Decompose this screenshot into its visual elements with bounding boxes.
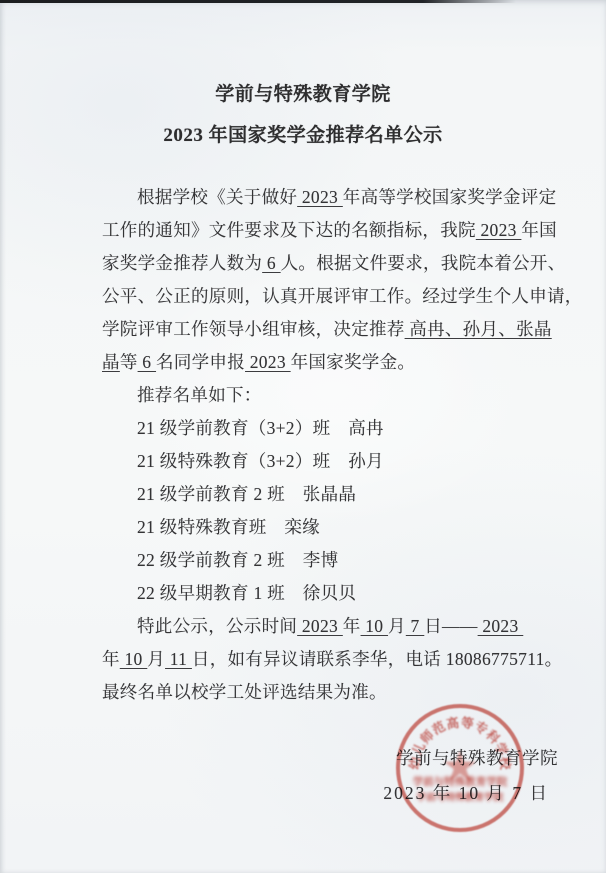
body-line: 家奖学金推荐人数为 6 人。根据文件要求，我院本着公开、 <box>102 247 572 280</box>
body-line: 年 10 月 11 日，如有异议请联系李华，电话 18086775711。 <box>102 643 572 676</box>
body-line: 根据学校《关于做好 2023 年高等学校国家奖学金评定 <box>102 181 572 214</box>
document-header: 学前与特殊教育学院 2023 年国家奖学金推荐名单公示 <box>0 84 606 147</box>
body-line: 公平、公正的原则，认真开展评审工作。经过学生个人申请， <box>102 280 572 313</box>
body-line: 学院评审工作领导小组审核，决定推荐 高冉、孙月、张晶 <box>102 313 572 346</box>
page-title: 学前与特殊教育学院 <box>0 84 606 106</box>
signature-org: 学前与特殊教育学院 <box>396 747 558 769</box>
body-line: 晶等 6 名同学申报 2023 年国家奖学金。 <box>102 346 572 379</box>
page-subtitle: 2023 年国家奖学金推荐名单公示 <box>0 125 606 147</box>
scan-top-edge-artifact <box>0 0 516 3</box>
list-item: 21 级特殊教育（3+2）班 孙月 <box>102 445 572 478</box>
body-line: 工作的通知》文件要求及下达的名额指标，我院 2023 年国 <box>102 214 572 247</box>
document-body: 根据学校《关于做好 2023 年高等学校国家奖学金评定 工作的通知》文件要求及下… <box>102 181 572 709</box>
scanned-document-page: 学前与特殊教育学院 2023 年国家奖学金推荐名单公示 根据学校《关于做好 20… <box>0 0 606 873</box>
body-line: 特此公示，公示时间 2023 年 10 月 7 日—— 2023 <box>102 610 572 643</box>
list-item: 22 级学前教育 2 班 李博 <box>102 544 572 577</box>
signature-date: 2023 年 10 月 7 日 <box>383 782 549 804</box>
list-item: 22 级早期教育 1 班 徐贝贝 <box>102 577 572 610</box>
list-item: 21 级学前教育（3+2）班 高冉 <box>102 412 572 445</box>
list-item: 21 级学前教育 2 班 张晶晶 <box>102 478 572 511</box>
list-intro-line: 推荐名单如下： <box>102 379 572 412</box>
body-line: 最终名单以校学工处评选结果为准。 <box>102 676 572 709</box>
list-item: 21 级特殊教育班 栾缘 <box>102 511 572 544</box>
